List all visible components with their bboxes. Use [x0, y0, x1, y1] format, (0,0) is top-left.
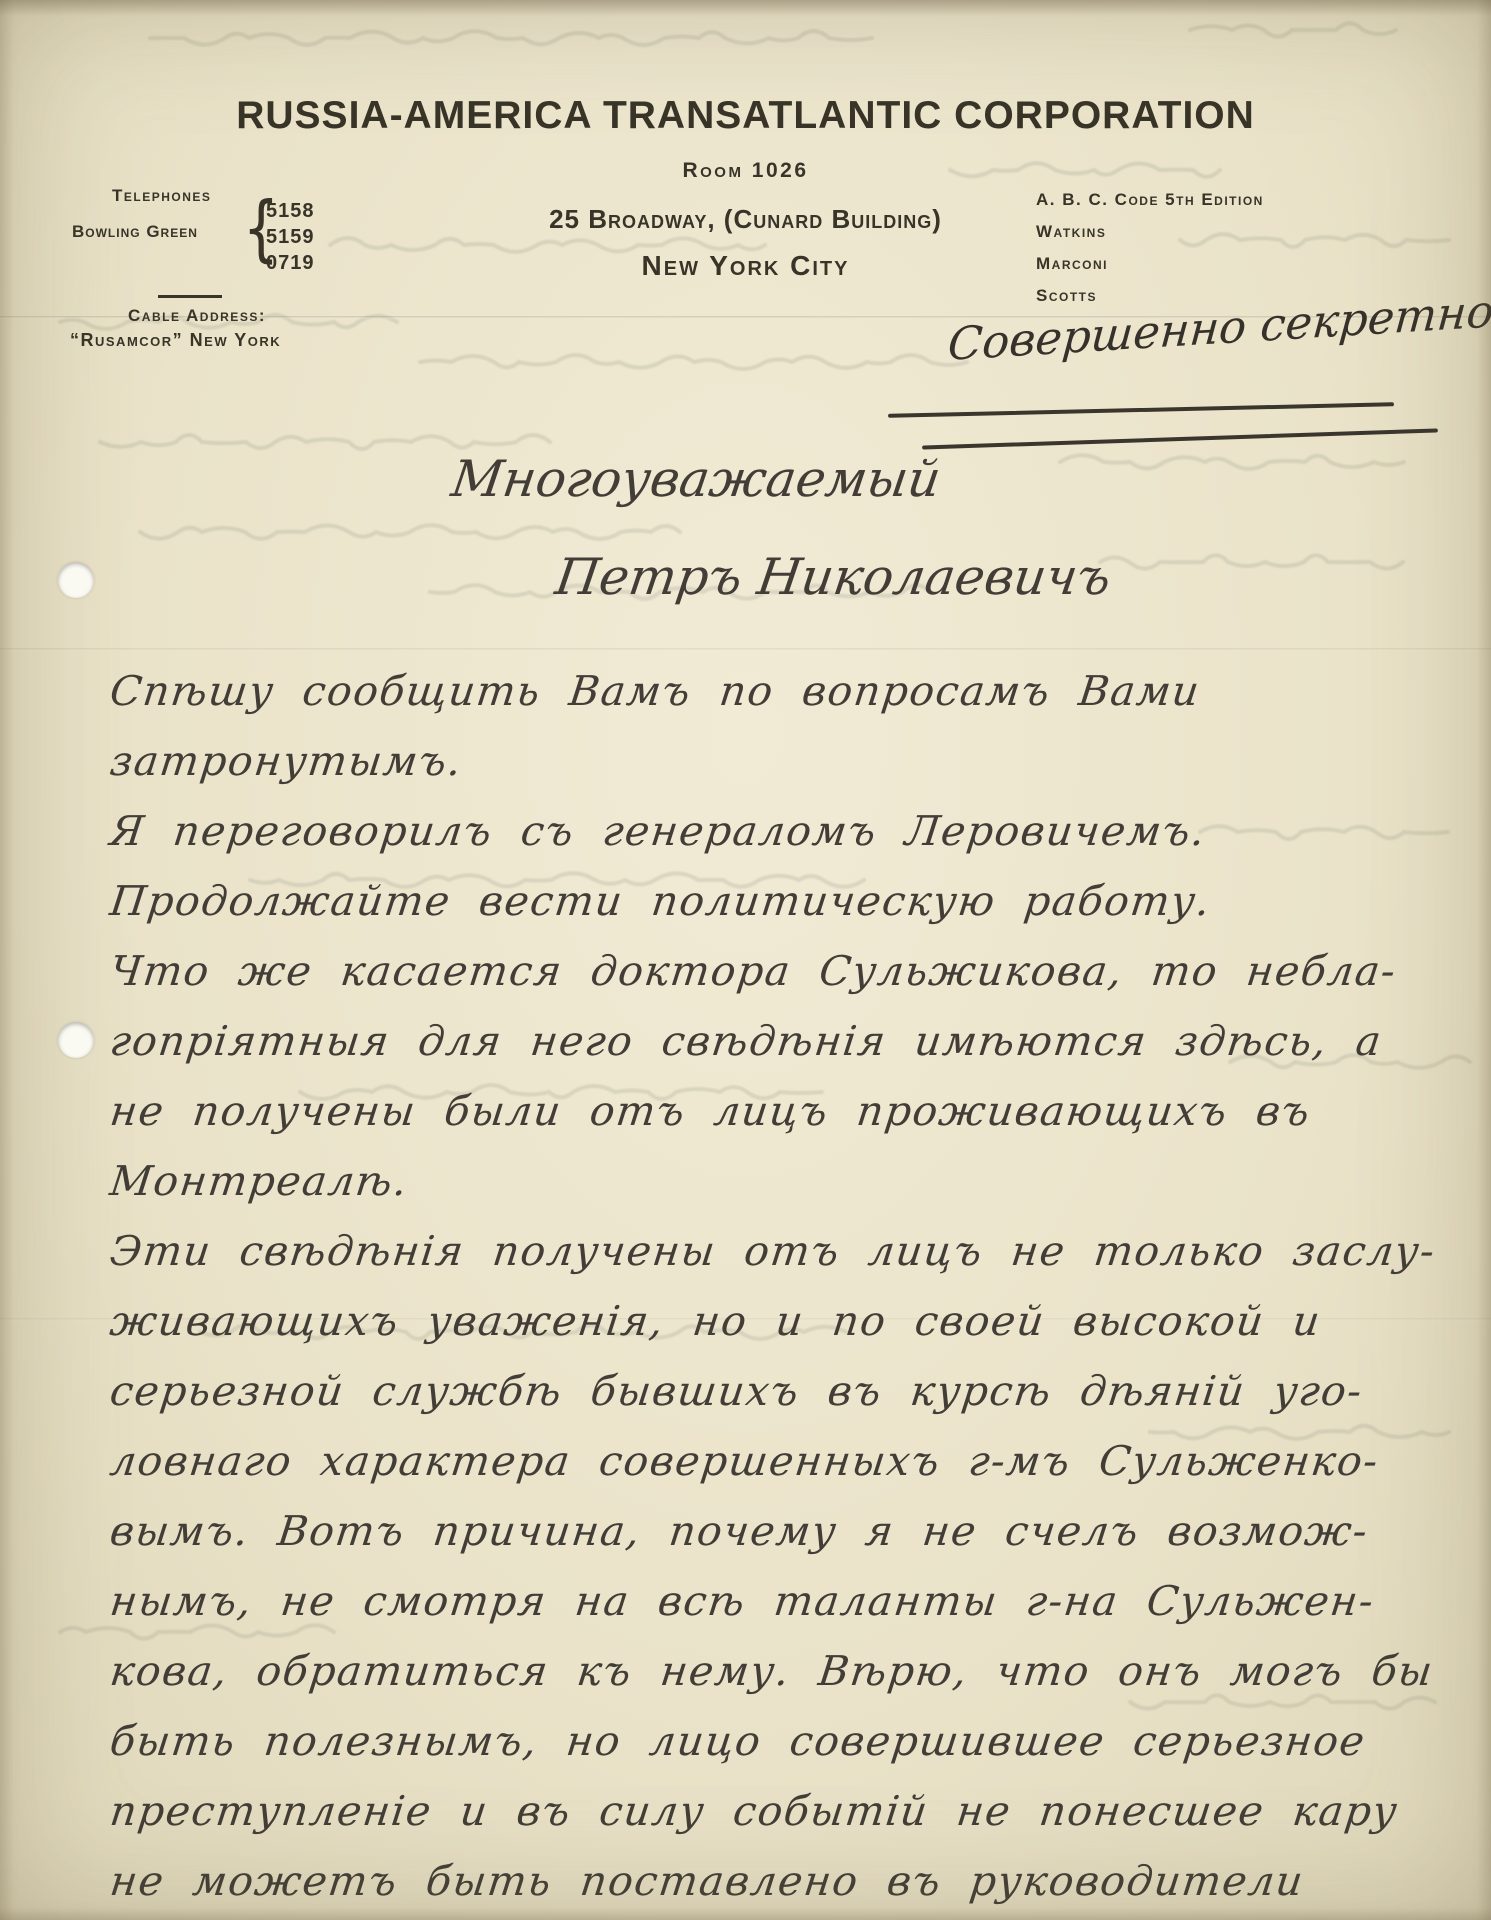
handwritten-line: гопріятныя для него свѣдѣнія имѣются здѣ… [106, 1006, 1460, 1076]
handwritten-line: Монтреалѣ. [106, 1146, 1460, 1216]
handwritten-line: кова, обратиться къ нему. Вѣрю, что онъ … [106, 1636, 1460, 1706]
telegraph-code: Watkins [1036, 222, 1106, 242]
telegraph-code: Scotts [1036, 286, 1097, 306]
handwritten-line: Что же касается доктора Сульжикова, то н… [106, 936, 1460, 1006]
phone-number: 0719 [266, 252, 315, 275]
letterhead-divider [158, 295, 222, 298]
handwritten-line: Я переговорилъ съ генераломъ Леровичемъ. [106, 796, 1460, 866]
handwritten-line: живающихъ уваженія, но и по своей высоко… [106, 1286, 1460, 1356]
telegraph-code: Marconi [1036, 254, 1108, 274]
letter-body: Спѣшу сообщить Вамъ по вопросамъ Вамизат… [106, 656, 1451, 1916]
handwritten-line: вымъ. Вотъ причина, почему я не счелъ во… [106, 1496, 1460, 1566]
telephones-label: Telephones [112, 186, 211, 206]
scanned-letter-page: RUSSIA-AMERICA TRANSATLANTIC CORPORATION… [0, 0, 1491, 1920]
handwritten-line: не можетъ быть поставлено въ руководител… [106, 1846, 1460, 1916]
punch-hole [58, 1022, 94, 1058]
handwritten-line: затронутымъ. [106, 726, 1460, 796]
handwritten-line: быть полезнымъ, но лицо совершившее серь… [106, 1706, 1460, 1776]
handwritten-line: Продолжайте вести политическую работу. [106, 866, 1460, 936]
salutation-line-2: Петръ Николаевичъ [552, 548, 1115, 606]
handwritten-line: Эти свѣдѣнія получены отъ лицъ не только… [106, 1216, 1460, 1286]
phone-number: 5158 [266, 200, 315, 223]
handwritten-line: ловнаго характера совершенныхъ г-мъ Суль… [106, 1426, 1460, 1496]
handwritten-line: преступленіе и въ силу событій не понесш… [106, 1776, 1460, 1846]
telephone-exchange-label: Bowling Green [72, 222, 198, 242]
city-line: New York City [0, 250, 1491, 282]
punch-hole [58, 562, 94, 598]
company-name: RUSSIA-AMERICA TRANSATLANTIC CORPORATION [0, 94, 1491, 138]
handwritten-line: серьезной службѣ бывшихъ въ курсѣ дѣяній… [106, 1356, 1460, 1426]
street-address: 25 Broadway, (Cunard Building) [0, 204, 1491, 235]
room-number: Room 1026 [0, 159, 1491, 183]
handwritten-line: Спѣшу сообщить Вамъ по вопросамъ Вами [106, 656, 1460, 726]
cable-address-value: “Rusamcor” New York [70, 330, 281, 351]
phone-number: 5159 [266, 226, 315, 249]
handwritten-line: не получены были отъ лицъ проживающихъ в… [106, 1076, 1460, 1146]
fold-crease [0, 648, 1491, 651]
salutation-line-1: Многоуважаемый [448, 450, 944, 508]
telegraph-code: A. B. C. Code 5th Edition [1036, 190, 1264, 210]
handwritten-line: нымъ, не смотря на всѣ таланты г-на Суль… [106, 1566, 1460, 1636]
cable-address-label: Cable Address: [128, 306, 266, 326]
